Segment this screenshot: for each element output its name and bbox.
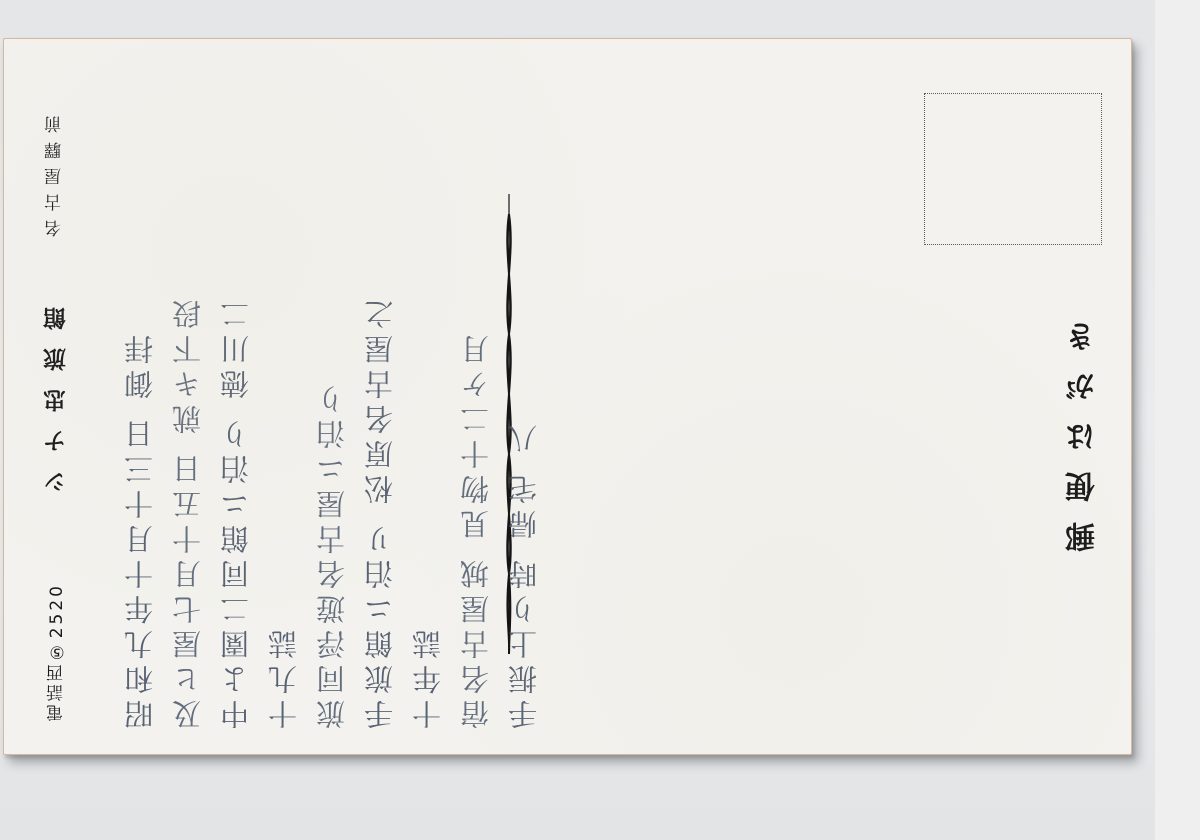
handwritten-message: 昭和九年十月十三日 御拝 及ヒ屋七月十五日 就キ下段 中よ園二同館ニ泊り 徳川二… (116, 289, 548, 729)
message-line: 中よ園二同館ニ泊り 徳川二十九誌 (212, 289, 308, 729)
message-line: 昭和九年十月十三日 御拝 (116, 289, 164, 729)
stamp-box (924, 93, 1102, 245)
scanner-edge-strip (1155, 0, 1200, 840)
sender-location: 名古屋驛前 (42, 107, 67, 237)
message-line: 宿名古屋城 見物十二ケ月 (452, 289, 500, 729)
postcard-title: 郵便はがき (1062, 302, 1106, 552)
postcard: 郵便はがき 名古屋驛前 シナ忠旅館 電話西⑤2520 昭和九年十月十三日 御拝 … (3, 38, 1132, 755)
sender-phone: 電話西⑤2520 (44, 583, 69, 721)
sender-hotel-name: シナ忠旅館 (40, 289, 73, 494)
message-line: 手旅館ニ泊リ 松原名古屋之十年誌 (356, 289, 452, 729)
message-line: 及ヒ屋七月十五日 就キ下段 (164, 289, 212, 729)
message-line: 旅同浮遊名古屋ニ泊り (308, 289, 356, 729)
message-line: 手振上り時 帰宅 八 (500, 289, 548, 729)
